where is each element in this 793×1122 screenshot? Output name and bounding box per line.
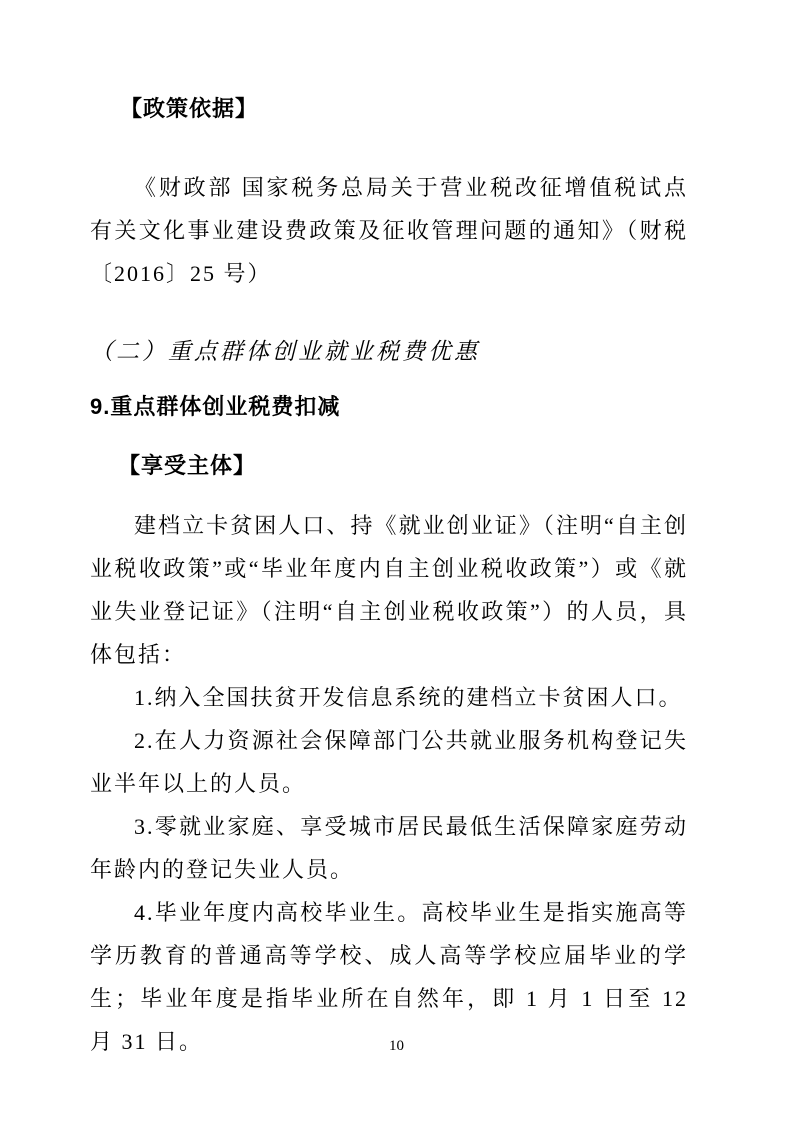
section-heading: （二）重点群体创业就业税费优惠 [90, 335, 688, 369]
beneficiary-item-3: 3.零就业家庭、享受城市居民最低生活保障家庭劳动年龄内的登记失业人员。 [90, 805, 688, 891]
beneficiary-heading: 【享受主体】 [90, 453, 688, 479]
measure-heading: 9.重点群体创业税费扣减 [90, 393, 688, 421]
beneficiary-item-1: 1.纳入全国扶贫开发信息系统的建档立卡贫困人口。 [90, 676, 688, 719]
beneficiary-item-2: 2.在人力资源社会保障部门公共就业服务机构登记失业半年以上的人员。 [90, 719, 688, 805]
page-content: 【政策依据】 《财政部 国家税务总局关于营业税改征增值税试点有关文化事业建设费政… [90, 96, 688, 1063]
page-number: 10 [0, 1038, 793, 1055]
document-page: 【政策依据】 《财政部 国家税务总局关于营业税改征增值税试点有关文化事业建设费政… [0, 0, 793, 1122]
policy-basis-paragraph: 《财政部 国家税务总局关于营业税改征增值税试点有关文化事业建设费政策及征收管理问… [90, 166, 688, 295]
policy-basis-heading: 【政策依据】 [90, 96, 688, 122]
beneficiary-intro-paragraph: 建档立卡贫困人口、持《就业创业证》（注明“自主创业税收政策”或“毕业年度内自主创… [90, 504, 688, 676]
